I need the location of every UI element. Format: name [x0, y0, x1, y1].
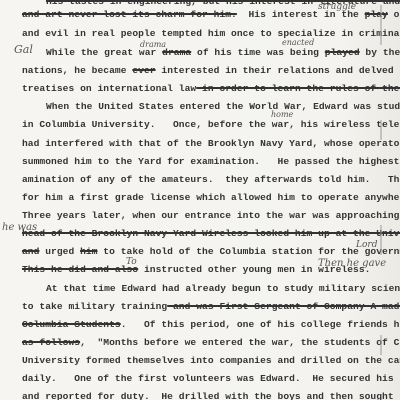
text-segment: by the [360, 47, 400, 58]
text-line: University formed themselves into compan… [22, 355, 400, 366]
text-line: amination of any of the amateurs. they a… [22, 174, 400, 185]
text-segment: treatises on international law [22, 83, 196, 94]
handwritten-annotation: home [271, 110, 293, 119]
text-line: When the United States entered the World… [46, 101, 400, 112]
struck-text: Columbia Students [22, 319, 121, 330]
text-line: and evil in real people tempted him once… [22, 28, 400, 39]
text-segment: nations, he became [22, 65, 132, 76]
struck-text: in order to learn the rules of the play. [196, 83, 400, 94]
struck-text: and [22, 246, 39, 257]
text-line: had interfered with that of the Brooklyn… [22, 138, 400, 149]
text-line: treatises on international law in order … [22, 83, 400, 94]
text-segment: had interfered with that of the Brooklyn… [22, 138, 400, 149]
handwritten-annotation: To [126, 257, 137, 267]
text-line: for him a first grade license which allo… [22, 192, 400, 203]
text-segment: for him a first grade license which allo… [22, 192, 400, 203]
text-line: and urged him to take hold of the Columb… [22, 246, 400, 257]
document-page: his tastes in engineering, but his inter… [0, 0, 400, 400]
text-segment: University formed themselves into compan… [22, 355, 400, 366]
handwritten-annotation: Lord [356, 240, 377, 250]
text-line: Three years later, when our entrance int… [22, 210, 400, 221]
struck-text: drama [162, 47, 191, 58]
margin-mark [380, 120, 382, 140]
text-segment: daily. One of the first volunteers was E… [22, 373, 400, 384]
struck-text: and art never lost its charm for him. [22, 9, 237, 20]
struck-text: and was First Sergeant of Company A made… [167, 301, 400, 312]
struck-text: as follows [22, 337, 80, 348]
struck-text: play [365, 9, 388, 20]
text-segment: urged [39, 246, 80, 257]
text-segment: of his time was being [191, 47, 325, 58]
text-segment: . Of this period, one of his college fri… [121, 319, 400, 330]
handwritten-annotation: drama [140, 40, 166, 49]
text-segment: amination of any of the amateurs. they a… [22, 174, 400, 185]
struck-text: him [80, 246, 97, 257]
handwritten-annotation: Gal [14, 43, 33, 56]
text-segment: When the United States entered the World… [46, 101, 400, 112]
text-line: to take military training and was First … [22, 301, 400, 312]
struck-text: This he did and also [22, 264, 138, 275]
text-line: head of the Brooklyn Navy Yard Wireless … [22, 228, 400, 239]
text-line: in Columbia University. Once, before the… [22, 119, 400, 130]
text-segment: interested in their relations and delved… [156, 65, 400, 76]
text-segment: to take military training [22, 301, 167, 312]
margin-mark [380, 5, 382, 45]
text-segment: in Columbia University. Once, before the… [22, 119, 400, 130]
text-line: as follows, "Months before we entered th… [22, 337, 400, 348]
text-segment: , "Months before we entered the war, the… [80, 337, 400, 348]
text-line: summoned him to the Yard for examination… [22, 156, 400, 167]
text-segment: to take hold of the Columbia station for… [98, 246, 400, 257]
text-line: Columbia Students. Of this period, one o… [22, 319, 400, 330]
margin-mark [380, 335, 382, 355]
handwritten-annotation: Then he gave [318, 258, 386, 269]
text-line: nations, he became ever interested in th… [22, 65, 400, 76]
text-line: At that time Edward had already begun to… [46, 283, 400, 294]
text-segment: and reported for duty. He drilled with t… [22, 391, 400, 400]
struck-text: head of the Brooklyn Navy Yard Wireless … [22, 228, 400, 239]
text-segment: and evil in real people tempted him once… [22, 28, 400, 39]
text-segment: summoned him to the Yard for examination… [22, 156, 400, 167]
text-line: daily. One of the first volunteers was E… [22, 373, 400, 384]
margin-mark [380, 225, 382, 255]
text-segment: Three years later, when our entrance int… [22, 210, 400, 221]
text-line: While the great war drama of his time wa… [46, 47, 400, 58]
text-line: and reported for duty. He drilled with t… [22, 391, 400, 400]
struck-text: played [325, 47, 360, 58]
handwritten-annotation: enacted [282, 38, 314, 47]
text-segment: of good [388, 9, 400, 20]
text-segment: At that time Edward had already begun to… [46, 283, 400, 294]
handwritten-annotation: he was [2, 222, 37, 233]
struck-text: ever [132, 65, 155, 76]
handwritten-annotation: struggle [318, 2, 356, 12]
